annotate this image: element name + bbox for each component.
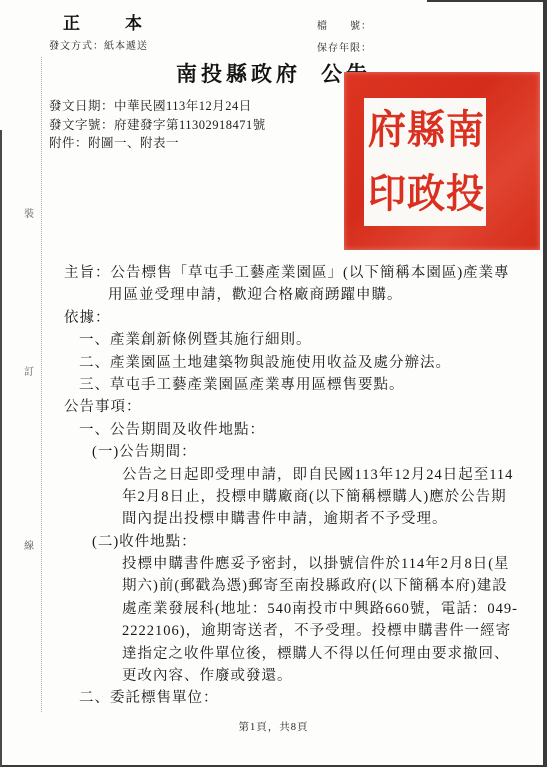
body-line: (二)收件地點：	[92, 531, 494, 553]
binding-dotted-line	[41, 57, 42, 712]
body-line: 公告事項：	[64, 396, 494, 418]
body-line: 依據：	[64, 307, 494, 329]
delivery-method-label: 發文方式：紙本遞送	[49, 37, 148, 52]
seal-glyph: 印	[368, 164, 404, 224]
body-line: 用區並受理申請，歡迎合格廠商踴躍申購。	[108, 284, 494, 306]
doc-date: 發文日期：中華民國113年12月24日	[49, 97, 266, 116]
body-line: (一)公告期間：	[92, 441, 494, 463]
scan-edge-left	[0, 130, 2, 767]
file-number-label: 檔 號：	[317, 17, 372, 32]
document-meta: 發文日期：中華民國113年12月24日 發文字號：府建發字第1130291847…	[49, 97, 266, 153]
seal-glyph: 府	[368, 100, 404, 160]
seal-glyph: 縣	[407, 100, 443, 160]
seal-glyph: 政	[407, 164, 443, 224]
announcement-body: 主旨：公告標售「草屯手工藝產業園區」(以下簡稱本園區)產業專用區並受理申請，歡迎…	[64, 262, 494, 710]
binding-mark-zhuang: 裝	[24, 205, 34, 220]
body-line: 處產業發展科(地址：540南投市中興路660號，電話：049-	[122, 598, 494, 620]
body-line: 公告之日起即受理申請，即自民國113年12月24日起至114	[122, 464, 494, 486]
scan-edge-right	[543, 0, 547, 767]
body-line: 期六)前(郵戳為憑)郵寄至南投縣政府(以下簡稱本府)建設	[122, 575, 494, 597]
body-line: 年2月8日止，投標申購廠商(以下簡稱標購人)應於公告期	[122, 486, 494, 508]
seal-characters: 南投縣政府印	[364, 98, 486, 226]
body-line: 達指定之收件單位後，標購人不得以任何理由要求撤回、	[122, 643, 494, 665]
page-number: 第1頁，共8頁	[0, 719, 547, 734]
body-line: 二、產業園區土地建築物與設施使用收益及處分辦法。	[79, 352, 494, 374]
body-line: 一、公告期間及收件地點：	[79, 419, 494, 441]
issuing-agency: 南投縣政府	[176, 62, 301, 86]
body-line: 投標申購書件應妥予密封，以掛號信件於114年2月8日(星	[122, 553, 494, 575]
scanned-announcement-page: { "page": { "copy_label": "正 本", "delive…	[0, 0, 547, 767]
seal-column: 南投	[445, 100, 483, 224]
body-line: 間內提出投標申購書件申請，逾期者不予受理。	[122, 508, 494, 530]
seal-column: 府印	[367, 100, 405, 224]
seal-column: 縣政	[406, 100, 444, 224]
seal-glyph: 南	[446, 100, 482, 160]
body-line: 二、委託標售單位：	[79, 687, 494, 709]
copy-type-label: 正 本	[63, 9, 156, 34]
binding-mark-ding: 訂	[24, 363, 34, 378]
body-line: 主旨：公告標售「草屯手工藝產業園區」(以下簡稱本園區)產業專	[64, 262, 494, 284]
body-line: 更改內容、作廢或發還。	[122, 665, 494, 687]
official-seal-stamp: 南投縣政府印	[344, 72, 540, 250]
seal-glyph: 投	[446, 164, 482, 224]
retention-period-label: 保存年限：	[317, 39, 372, 54]
body-line: 2222106)，逾期寄送者，不予受理。投標申購書件一經寄	[122, 620, 494, 642]
scan-edge-top	[427, 0, 547, 2]
body-line: 一、產業創新條例暨其施行細則。	[79, 329, 494, 351]
binding-mark-xian: 線	[24, 537, 34, 552]
body-line: 三、草屯手工藝產業園區產業專用區標售要點。	[79, 374, 494, 396]
doc-attachment: 附件：附圖一、附表一	[49, 134, 266, 153]
doc-number: 發文字號：府建發字第11302918471號	[49, 116, 266, 135]
